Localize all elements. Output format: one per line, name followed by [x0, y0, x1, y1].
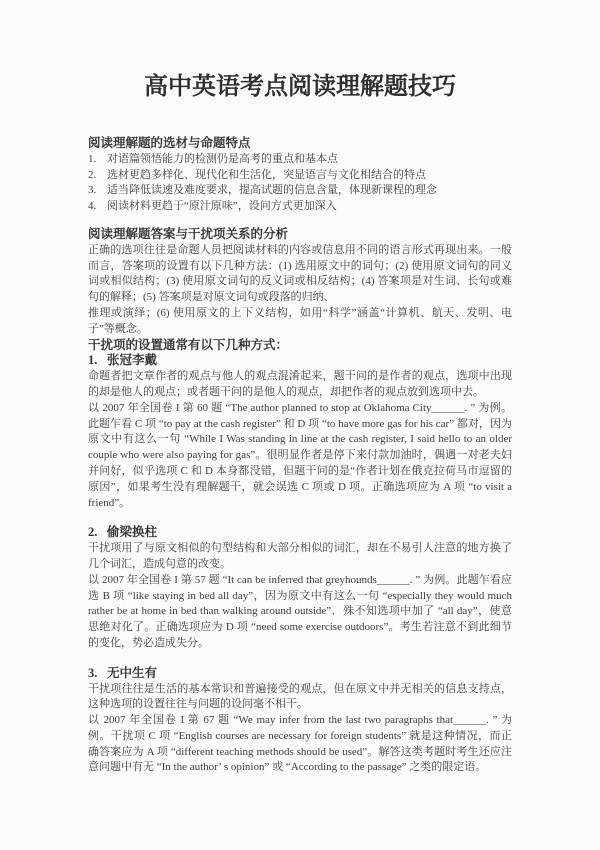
- method-wu-zhong-sheng-you: 3.无中生有 干扰项往往是生活的基本常识和普遍接受的观点，但在原文中并无相关的信…: [88, 666, 512, 777]
- paragraph: 以 2007 年全国卷 I 第 57 题 “It can be inferred…: [88, 573, 512, 652]
- list-item: 3. 适当降低读速及难度要求，提高试题的信息含量，体现新课程的理念: [88, 183, 512, 199]
- list-item: 2. 选材更趋多样化、现代化和生活化，突显语言与文化相结合的特点: [88, 168, 512, 184]
- section1-heading: 阅读理解题的选材与命题特点: [88, 136, 512, 152]
- document-page: 高中英语考点阅读理解题技巧 阅读理解题的选材与命题特点 1. 对语篇领悟能力的检…: [0, 0, 600, 776]
- method-number: 3.: [88, 666, 107, 682]
- method-number: 2.: [88, 525, 107, 541]
- list-item-text: 适当降低读速及难度要求，提高试题的信息含量，体现新课程的理念: [107, 183, 512, 199]
- paragraph: 以 2007 年全国卷 I 第 67 题 “We may infer from …: [88, 713, 512, 776]
- list-item-number: 3.: [88, 183, 107, 199]
- list-item-number: 2.: [88, 168, 107, 184]
- list-item-text: 对语篇领悟能力的检测仍是高考的重点和基本点: [107, 152, 512, 168]
- method-title: 张冠李戴: [107, 353, 157, 367]
- list-item-number: 4.: [88, 199, 107, 215]
- paragraph: 以 2007 年全国卷 I 第 60 题 “The author planned…: [88, 401, 512, 512]
- method-number: 1.: [88, 353, 107, 369]
- paragraph: 干扰项用了与原文相似的句型结构和大部分相似的词汇，却在不易引人注意的地方换了几个…: [88, 541, 512, 573]
- paragraph: 推理或演绎；(6) 使用原文的上下义结构，如用“科学”涵盖“计算机、航天、发明、…: [88, 306, 512, 338]
- list-item-text: 阅读材料更趋于“原汁原味”，设问方式更加深入: [107, 199, 512, 215]
- section3-heading: 干扰项的设置通常有以下几种方式：: [88, 338, 512, 354]
- method-heading: 2.偷梁换柱: [88, 525, 512, 541]
- list-item: 1. 对语篇领悟能力的检测仍是高考的重点和基本点: [88, 152, 512, 168]
- paragraph: 干扰项往往是生活的基本常识和普遍接受的观点，但在原文中并无相关的信息支持点，这种…: [88, 682, 512, 714]
- section2-heading: 阅读理解题答案与干扰项关系的分析: [88, 227, 512, 243]
- method-heading: 3.无中生有: [88, 666, 512, 682]
- method-heading: 1.张冠李戴: [88, 353, 512, 369]
- method-title: 无中生有: [107, 666, 157, 680]
- list-item-text: 选材更趋多样化、现代化和生活化，突显语言与文化相结合的特点: [107, 168, 512, 184]
- method-title: 偷梁换柱: [107, 525, 157, 539]
- list-item-number: 1.: [88, 152, 107, 168]
- method-zhang-guan-li-dai: 1.张冠李戴 命题者把文章作者的观点与他人的观点混淆起来，题干问的是作者的观点，…: [88, 353, 512, 511]
- section-answer-vs-distractor-analysis: 阅读理解题答案与干扰项关系的分析 正确的选项往往是命题人员把阅读材料的内容或信息…: [88, 227, 512, 338]
- paragraph: 命题者把文章作者的观点与他人的观点混淆起来，题干问的是作者的观点，选项中出现的却…: [88, 369, 512, 401]
- method-tou-liang-huan-zhu: 2.偷梁换柱 干扰项用了与原文相似的句型结构和大部分相似的词汇，却在不易引人注意…: [88, 525, 512, 651]
- section-selection-and-question-features: 阅读理解题的选材与命题特点 1. 对语篇领悟能力的检测仍是高考的重点和基本点 2…: [88, 136, 512, 215]
- document-title: 高中英语考点阅读理解题技巧: [88, 0, 512, 102]
- section-distractor-methods: 干扰项的设置通常有以下几种方式： 1.张冠李戴 命题者把文章作者的观点与他人的观…: [88, 338, 512, 777]
- paragraph: 正确的选项往往是命题人员把阅读材料的内容或信息用不同的语言形式再现出来。一般而言…: [88, 243, 512, 306]
- list-item: 4. 阅读材料更趋于“原汁原味”，设问方式更加深入: [88, 199, 512, 215]
